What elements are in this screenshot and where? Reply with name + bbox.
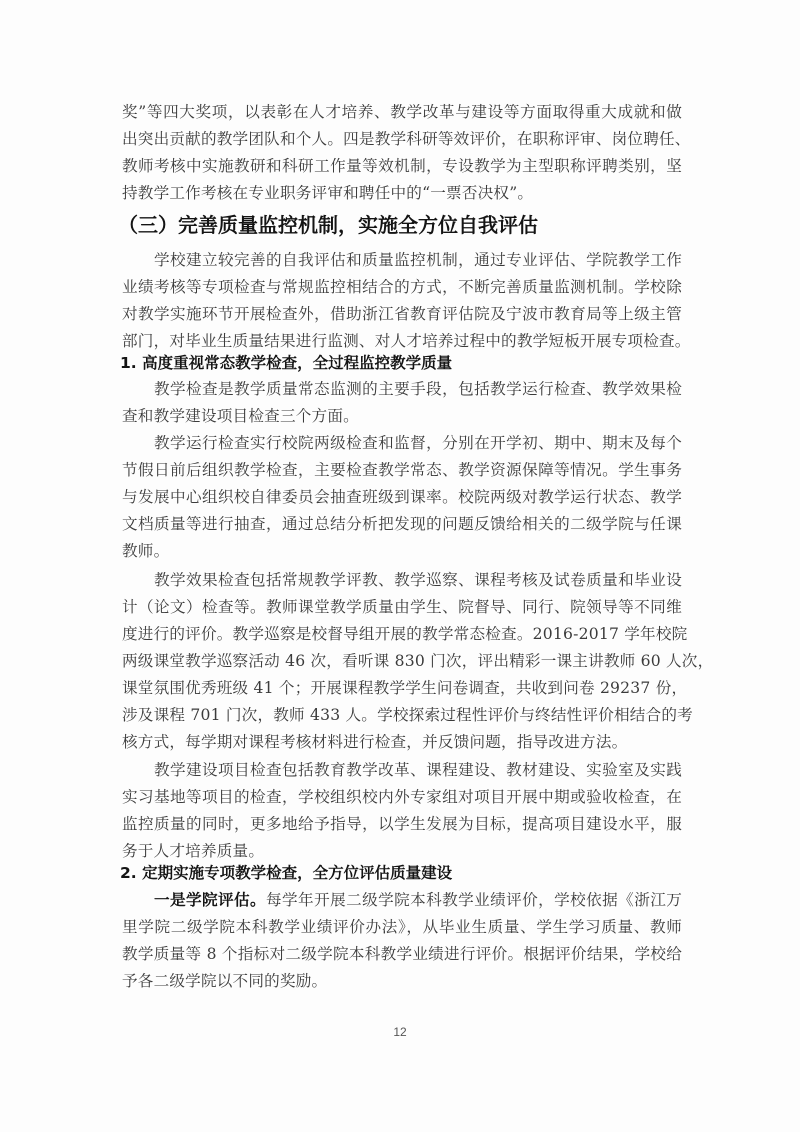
paragraph-line: 核方式，每学期对课程考核材料进行检查，并反馈问题，指导改进方法。 bbox=[122, 729, 682, 756]
paragraph-line: 实习基地等项目的检查，学校组织校内外专家组对项目开展中期或验收检查，在 bbox=[122, 784, 682, 811]
paragraph-line: 教学效果检查包括常规教学评教、教学巡察、课程考核及试卷质量和毕业设 bbox=[154, 567, 682, 594]
paragraph-line: 监控质量的同时，更多地给予指导，以学生发展为目标，提高项目建设水平，服 bbox=[122, 811, 682, 838]
paragraph-line: 教学建设项目检查包括教育教学改革、课程建设、教材建设、实验室及实践 bbox=[154, 757, 682, 784]
paragraph-line: 业绩考核等专项检查与常规监控相结合的方式，不断完善质量监测机制。学校除 bbox=[122, 274, 682, 301]
paragraph-line: 教师考核中实施教研和科研工作量等效机制，专设教学为主型职称评聘类别，坚 bbox=[122, 153, 682, 180]
paragraph-line: 对教学实施环节开展检查外，借助浙江省教育评估院及宁波市教育局等上级主管 bbox=[122, 301, 682, 328]
paragraph-line: 出突出贡献的教学团队和个人。四是教学科研等效评价，在职称评审、岗位聘任、 bbox=[122, 126, 682, 153]
paragraph-line: 里学院二级学院本科教学业绩评价办法》，从毕业生质量、学生学习质量、教师 bbox=[122, 914, 682, 941]
section-heading: （三）完善质量监控机制，实施全方位自我评估 bbox=[118, 210, 538, 240]
paragraph-line: 一是学院评估。每学年开展二级学院本科教学业绩评价，学校依据《浙江万 bbox=[154, 887, 682, 914]
paragraph-line: 予各二级学院以不同的奖励。 bbox=[122, 968, 682, 995]
paragraph-line: 查和教学建设项目检查三个方面。 bbox=[122, 403, 682, 430]
paragraph-line: 奖”等四大奖项，以表彰在人才培养、教学改革与建设等方面取得重大成就和做 bbox=[122, 99, 682, 126]
paragraph-line: 计（论文）检查等。教师课堂教学质量由学生、院督导、同行、院领导等不同维 bbox=[122, 594, 682, 621]
paragraph-line: 持教学工作考核在专业职务评审和聘任中的“一票否决权”。 bbox=[122, 180, 682, 207]
paragraph-line: 教师。 bbox=[122, 538, 682, 565]
bold-lead-text: 一是学院评估。 bbox=[154, 891, 266, 909]
document-page: 奖”等四大奖项，以表彰在人才培养、教学改革与建设等方面取得重大成就和做 出突出贡… bbox=[0, 0, 800, 1132]
paragraph-line: 教学运行检查实行校院两级检查和监督，分别在开学初、期中、期末及每个 bbox=[154, 430, 682, 457]
paragraph-line: 课堂氛围优秀班级 41 个；开展课程教学学生问卷调查，共收到问卷 29237 份… bbox=[122, 675, 682, 702]
page-number: 12 bbox=[0, 1025, 800, 1039]
paragraph-line: 节假日前后组织教学检查，主要检查教学常态、教学资源保障等情况。学生事务 bbox=[122, 457, 682, 484]
paragraph-line: 教学质量等 8 个指标对二级学院本科教学业绩进行评价。根据评价结果，学校给 bbox=[122, 941, 682, 968]
paragraph-line: 与发展中心组织校自律委员会抽查班级到课率。校院两级对教学运行状态、教学 bbox=[122, 484, 682, 511]
subsection-heading: 2. 定期实施专项教学检查，全方位评估质量建设 bbox=[120, 860, 452, 887]
paragraph-line: 度进行的评价。教学巡察是校督导组开展的教学常态检查。2016-2017 学年校院 bbox=[122, 621, 682, 648]
paragraph-line: 两级课堂教学巡察活动 46 次，看听课 830 门次，评出精彩一课主讲教师 60… bbox=[122, 648, 682, 675]
paragraph-line: 文档质量等进行抽查，通过总结分析把发现的问题反馈给相关的二级学院与任课 bbox=[122, 511, 682, 538]
paragraph-line: 教学检查是教学质量常态监测的主要手段，包括教学运行检查、教学效果检 bbox=[154, 376, 682, 403]
paragraph-line: 涉及课程 701 门次，教师 433 人。学校探索过程性评价与终结性评价相结合的… bbox=[122, 702, 682, 729]
subsection-heading: 1. 高度重视常态教学检查，全过程监控教学质量 bbox=[120, 350, 452, 377]
paragraph-line: 学校建立较完善的自我评估和质量监控机制，通过专业评估、学院教学工作 bbox=[154, 247, 682, 274]
paragraph-text: 每学年开展二级学院本科教学业绩评价，学校依据《浙江万 bbox=[266, 891, 682, 909]
